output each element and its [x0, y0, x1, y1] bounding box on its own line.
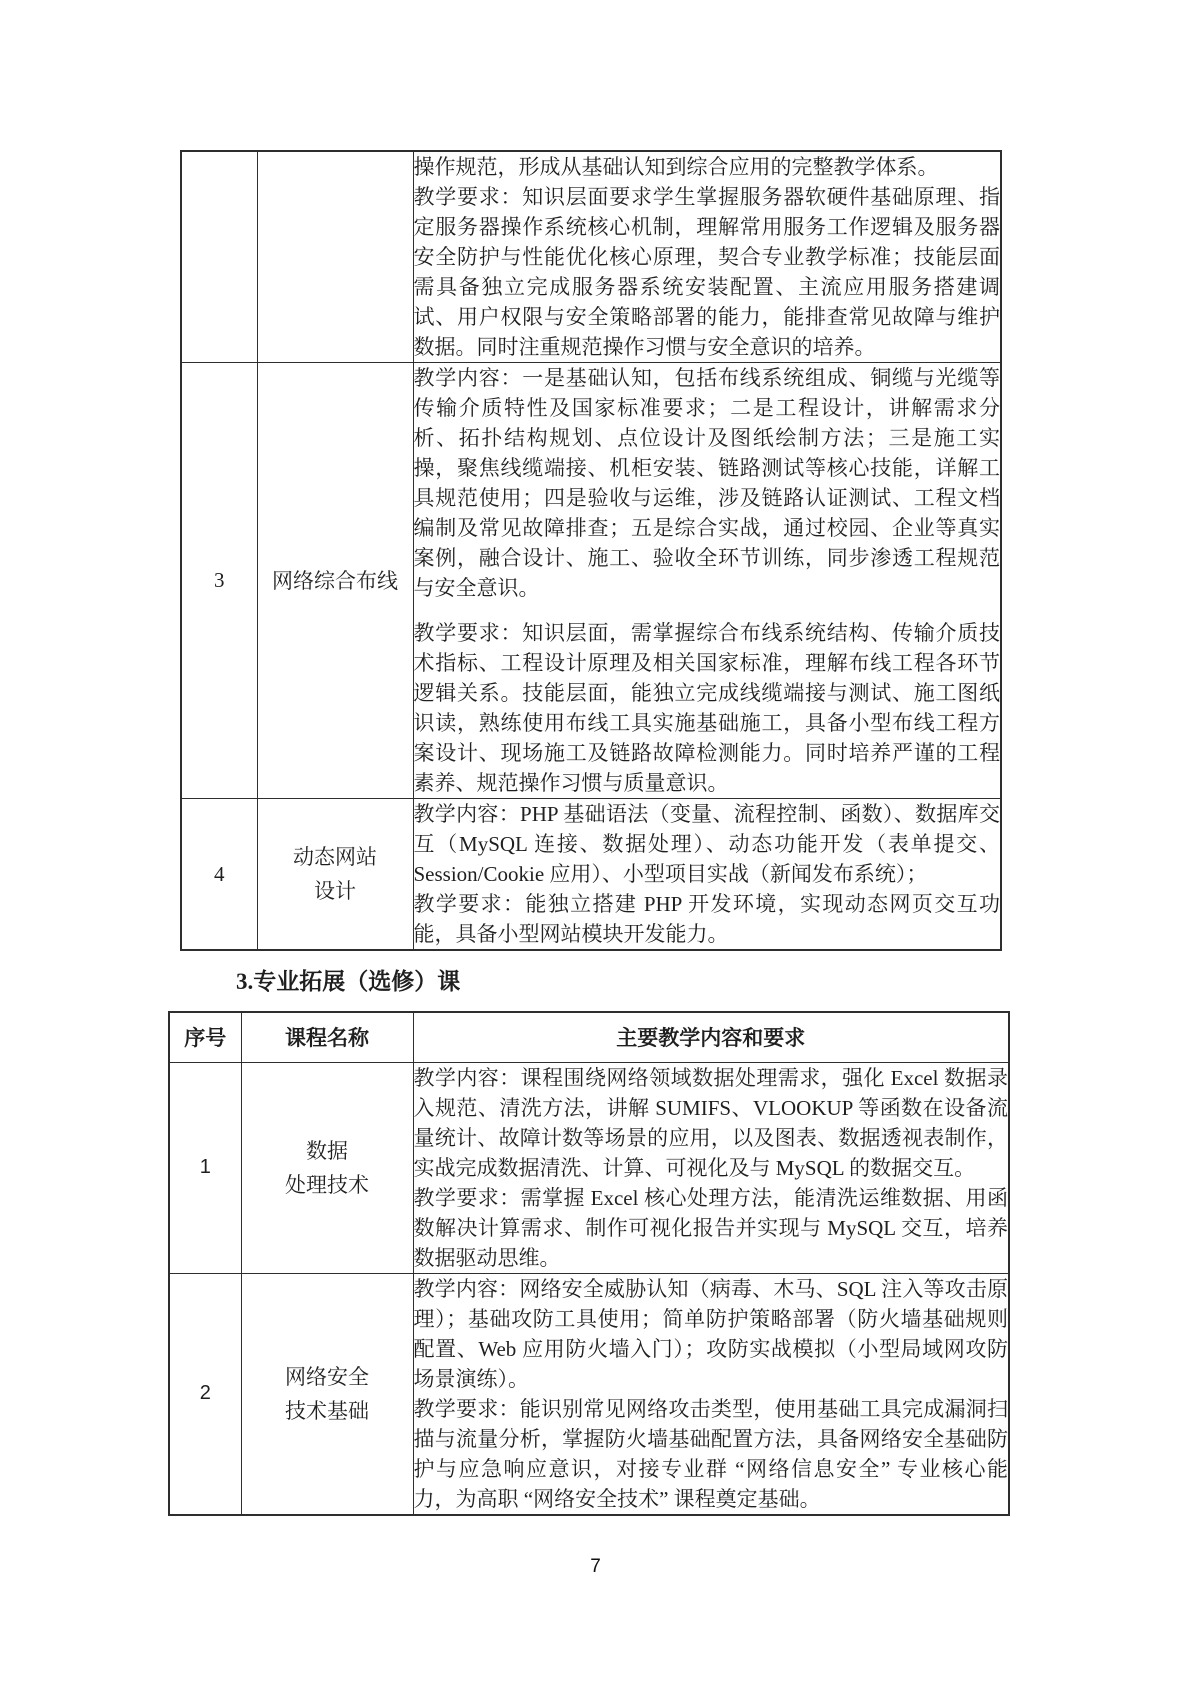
- table-row: 操作规范，形成从基础认知到综合应用的完整教学体系。 教学要求：知识层面要求学生掌…: [181, 151, 1001, 363]
- table-row: 3 网络综合布线 教学内容：一是基础认知，包括布线系统组成、铜缆与光缆等传输介质…: [181, 363, 1001, 799]
- table-header-row: 序号 课程名称 主要教学内容和要求: [169, 1012, 1009, 1062]
- row-course-name: [257, 151, 413, 363]
- row-seq: 1: [169, 1062, 241, 1273]
- col-header-content: 主要教学内容和要求: [413, 1012, 1009, 1062]
- row-content: 教学内容：一是基础认知，包括布线系统组成、铜缆与光缆等传输介质特性及国家标准要求…: [413, 363, 1001, 799]
- row-content: 操作规范，形成从基础认知到综合应用的完整教学体系。 教学要求：知识层面要求学生掌…: [413, 151, 1001, 363]
- teaching-content-paragraph: 教学内容：一是基础认知，包括布线系统组成、铜缆与光缆等传输介质特性及国家标准要求…: [414, 363, 1001, 603]
- document-page: 操作规范，形成从基础认知到综合应用的完整教学体系。 教学要求：知识层面要求学生掌…: [0, 0, 1191, 1684]
- teaching-content-paragraph: 教学内容：网络安全威胁认知（病毒、木马、SQL 注入等攻击原理）；基础攻防工具使…: [414, 1274, 1009, 1394]
- row-course-name: 动态网站 设计: [257, 799, 413, 951]
- row-seq: [181, 151, 257, 363]
- row-course-name: 数据 处理技术: [241, 1062, 413, 1273]
- section-heading: 3.专业拓展（选修）课: [236, 967, 1191, 997]
- core-course-table: 操作规范，形成从基础认知到综合应用的完整教学体系。 教学要求：知识层面要求学生掌…: [180, 150, 1002, 951]
- row-seq: 2: [169, 1273, 241, 1515]
- teaching-content-paragraph: 教学内容：PHP 基础语法（变量、流程控制、函数）、数据库交互（MySQL 连接…: [414, 799, 1001, 889]
- col-header-course-name: 课程名称: [241, 1012, 413, 1062]
- teaching-content-paragraph: 操作规范，形成从基础认知到综合应用的完整教学体系。: [414, 152, 1001, 182]
- teaching-content-paragraph: 教学内容：课程围绕网络领域数据处理需求，强化 Excel 数据录入规范、清洗方法…: [414, 1063, 1009, 1183]
- row-seq: 3: [181, 363, 257, 799]
- row-content: 教学内容：课程围绕网络领域数据处理需求，强化 Excel 数据录入规范、清洗方法…: [413, 1062, 1009, 1273]
- teaching-requirement-paragraph: 教学要求：能识别常见网络攻击类型，使用基础工具完成漏洞扫描与流量分析，掌握防火墙…: [414, 1394, 1009, 1514]
- table-row: 4 动态网站 设计 教学内容：PHP 基础语法（变量、流程控制、函数）、数据库交…: [181, 799, 1001, 951]
- teaching-requirement-paragraph: 教学要求：知识层面要求学生掌握服务器软硬件基础原理、指定服务器操作系统核心机制，…: [414, 182, 1001, 362]
- teaching-requirement-paragraph: 教学要求：需掌握 Excel 核心处理方法，能清洗运维数据、用函数解决计算需求、…: [414, 1183, 1009, 1273]
- row-course-name: 网络综合布线: [257, 363, 413, 799]
- col-header-seq: 序号: [169, 1012, 241, 1062]
- table-row: 1 数据 处理技术 教学内容：课程围绕网络领域数据处理需求，强化 Excel 数…: [169, 1062, 1009, 1273]
- teaching-requirement-paragraph: 教学要求：知识层面，需掌握综合布线系统结构、传输介质技术指标、工程设计原理及相关…: [414, 618, 1001, 798]
- row-content: 教学内容：PHP 基础语法（变量、流程控制、函数）、数据库交互（MySQL 连接…: [413, 799, 1001, 951]
- page-number: 7: [0, 1556, 1191, 1578]
- elective-course-table: 序号 课程名称 主要教学内容和要求 1 数据 处理技术 教学内容：课程围绕网络领…: [168, 1011, 1010, 1516]
- table-row: 2 网络安全 技术基础 教学内容：网络安全威胁认知（病毒、木马、SQL 注入等攻…: [169, 1273, 1009, 1515]
- teaching-requirement-paragraph: 教学要求：能独立搭建 PHP 开发环境，实现动态网页交互功能，具备小型网站模块开…: [414, 889, 1001, 949]
- row-seq: 4: [181, 799, 257, 951]
- row-content: 教学内容：网络安全威胁认知（病毒、木马、SQL 注入等攻击原理）；基础攻防工具使…: [413, 1273, 1009, 1515]
- row-course-name: 网络安全 技术基础: [241, 1273, 413, 1515]
